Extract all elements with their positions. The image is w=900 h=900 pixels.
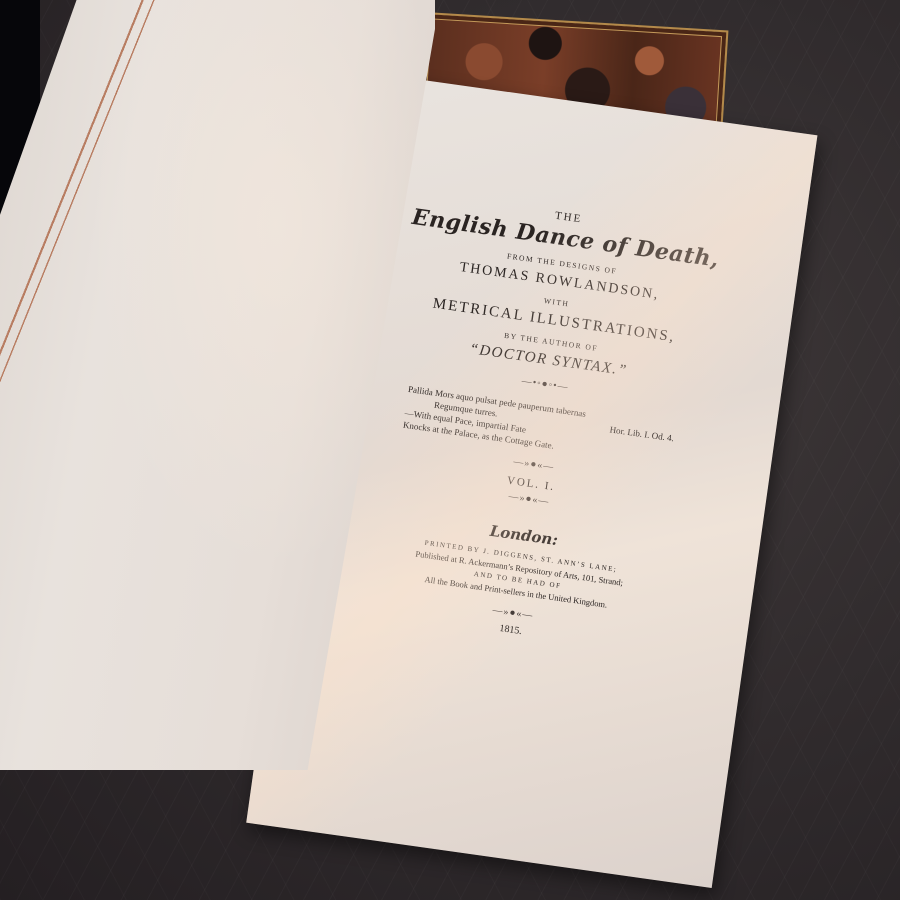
ornament-divider-icon: —»●«—	[295, 461, 762, 537]
